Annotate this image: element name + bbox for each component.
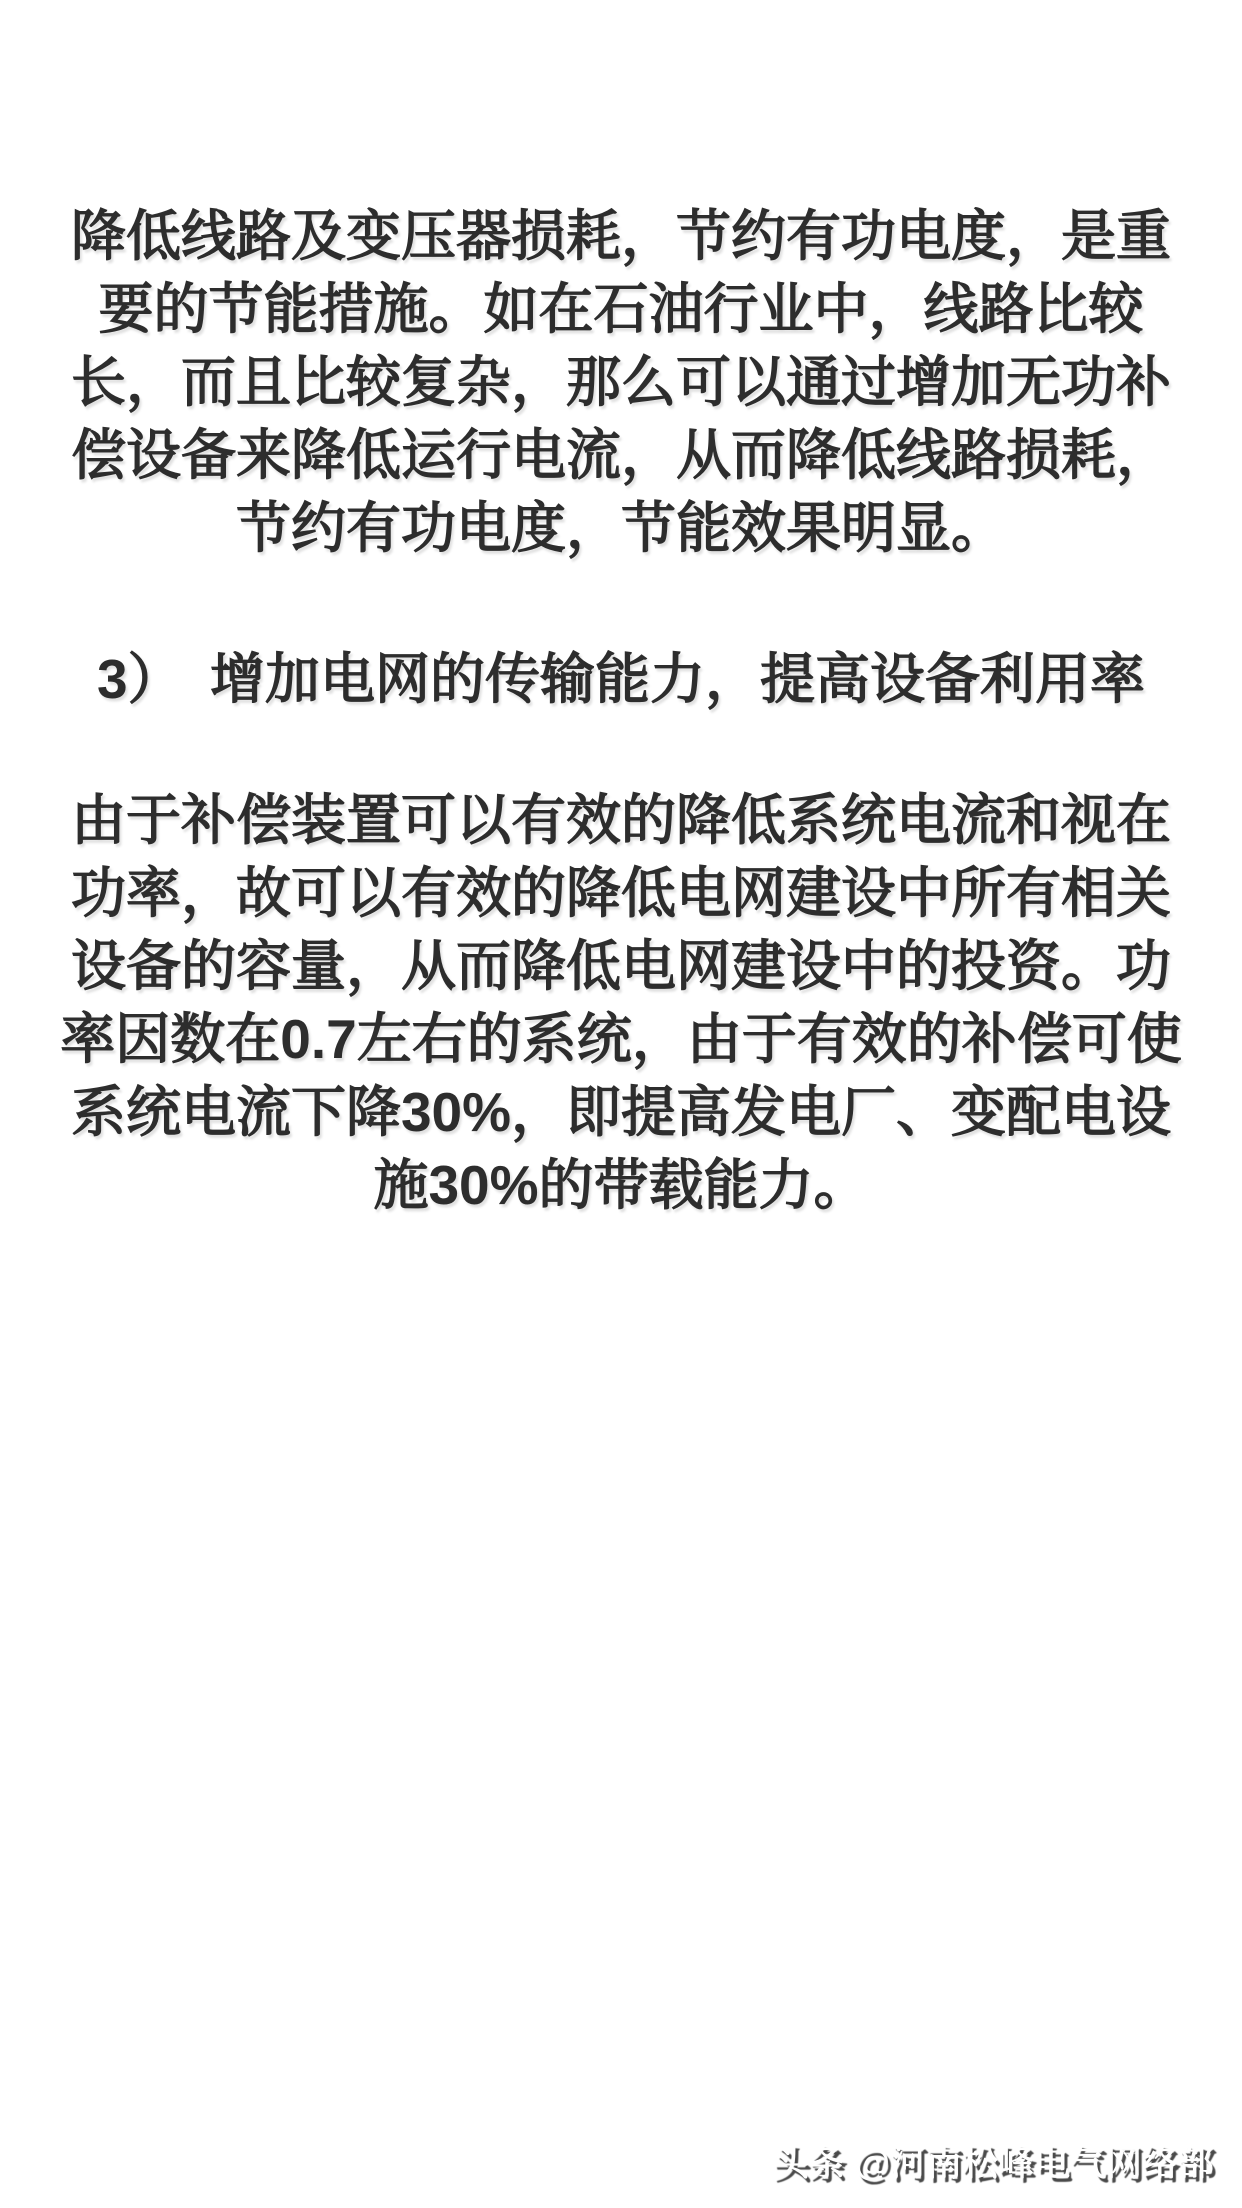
paragraph-2: 由于补偿装置可以有效的降低系统电流和视在 功率，故可以有效的降低电网建设中所有相… [16, 784, 1226, 1222]
paragraph-line: 设备的容量，从而降低电网建设中的投资。功 [16, 930, 1226, 1003]
paragraph-line: 长，而且比较复杂，那么可以通过增加无功补 [16, 346, 1226, 419]
paragraph-line: 偿设备来降低运行电流，从而降低线路损耗， [16, 419, 1226, 492]
paragraph-line: 系统电流下降30%，即提高发电厂、变配电设 [16, 1076, 1226, 1149]
article-body: 降低线路及变压器损耗，节约有功电度，是重 要的节能措施。如在石油行业中，线路比较… [0, 0, 1242, 1222]
section-heading: 3） 增加电网的传输能力，提高设备利用率 [16, 643, 1226, 716]
paragraph-1: 降低线路及变压器损耗，节约有功电度，是重 要的节能措施。如在石油行业中，线路比较… [16, 200, 1226, 565]
watermark-text: 头条 @河南松峰电气网络部 [773, 2135, 1214, 2186]
paragraph-line: 节约有功电度，节能效果明显。 [16, 492, 1226, 565]
paragraph-line: 由于补偿装置可以有效的降低系统电流和视在 [16, 784, 1226, 857]
paragraph-line: 施30%的带载能力。 [16, 1149, 1226, 1222]
paragraph-line: 降低线路及变压器损耗，节约有功电度，是重 [16, 200, 1226, 273]
paragraph-line: 功率，故可以有效的降低电网建设中所有相关 [16, 857, 1226, 930]
paragraph-line: 率因数在0.7左右的系统，由于有效的补偿可使 [16, 1003, 1226, 1076]
paragraph-line: 要的节能措施。如在石油行业中，线路比较 [16, 273, 1226, 346]
